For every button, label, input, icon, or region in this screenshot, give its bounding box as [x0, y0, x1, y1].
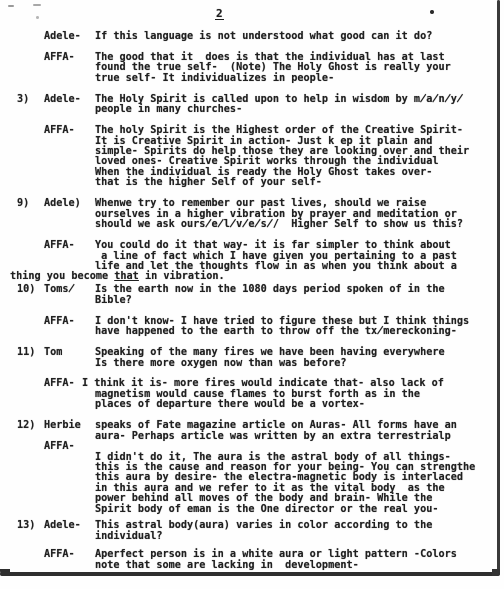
- scan-border-right: [497, 0, 500, 575]
- page-number: 2: [215, 9, 224, 20]
- entry-text: I didn't do it, The aura is the astral b…: [95, 453, 504, 516]
- transcript-content: Adele- If this language is not understoo…: [0, 32, 504, 571]
- entry-number: [0, 32, 44, 42]
- transcript-row: 10) Toms̸ Is the earth now in the 1080 d…: [0, 285, 504, 306]
- entry-text: Is the earth now in the 1080 days period…: [95, 285, 504, 306]
- entry-line: true self- It individualizes in people-: [95, 74, 504, 84]
- transcript-row: AFFA- You could do it that way- it is fa…: [0, 241, 504, 283]
- transcript-row: AFFA- I think it is- more fires would in…: [0, 379, 504, 410]
- entry-text: The holy Spirit is the Highest order of …: [95, 126, 504, 189]
- entry-number: [0, 550, 44, 571]
- entry-number: 11): [0, 348, 44, 369]
- transcript-row: 13) Adele- This astral body(aura) varies…: [0, 521, 504, 542]
- entry-text: The good that it does is that the indivi…: [95, 53, 504, 84]
- entry-text: If this language is not understood what …: [95, 32, 504, 42]
- entry-speaker: Adele): [44, 199, 95, 230]
- entry-number: [0, 126, 44, 189]
- entry-text: You could do it that way- it is far simp…: [95, 241, 504, 283]
- entry-line: The holy Spirit is the Highest order of …: [95, 126, 504, 136]
- entry-number: [0, 53, 44, 84]
- entry-number: 10): [0, 285, 44, 306]
- entry-speaker: Adele-: [44, 521, 95, 542]
- entry-line: Speaking of the many fires we have been …: [95, 348, 504, 358]
- transcript-row: AFFA- The good that it does is that the …: [0, 53, 504, 84]
- scan-speck: [8, 5, 14, 7]
- entry-number: [0, 453, 44, 516]
- entry-line: Aperfect person is in a white aura or li…: [95, 550, 504, 560]
- entry-speaker: [44, 453, 95, 516]
- scan-speck: [430, 10, 434, 14]
- entry-speaker: Toms̸: [44, 285, 95, 306]
- entry-text: The Holy Spirit is called upon to help i…: [95, 95, 504, 116]
- entry-speaker: Adele-: [44, 95, 95, 116]
- entry-line: places of departure there would be a vor…: [95, 400, 504, 410]
- transcript-row: AFFA- Aperfect person is in a white aura…: [0, 550, 504, 571]
- entry-line: If this language is not understood what …: [95, 32, 504, 42]
- transcript-row: I didn't do it, The aura is the astral b…: [0, 453, 504, 516]
- scan-speck: [36, 16, 39, 19]
- entry-line: individual?: [95, 532, 504, 542]
- entry-text: Aperfect person is in a white aura or li…: [95, 550, 504, 571]
- entry-line: people in many churches-: [95, 105, 504, 115]
- entry-line: You could do it that way- it is far simp…: [95, 241, 504, 251]
- entry-speaker: AFFA-: [44, 550, 95, 571]
- entry-line: thing you become that in vibration.: [10, 272, 504, 282]
- underlined-word: that: [114, 271, 139, 282]
- entry-text: I think it is- more fires would indicate…: [95, 379, 504, 410]
- line-segment: in vibration.: [139, 271, 225, 282]
- entry-text: speaks of Fate magazine article on Auras…: [95, 421, 504, 442]
- entry-line: should we ask ours̸e̸l̸v̸e̸s̸/ Higher Se…: [95, 220, 504, 230]
- entry-speaker: AFFA-: [44, 317, 95, 338]
- entry-speaker: Herbie: [44, 421, 95, 442]
- transcript-row: 11) Tom Speaking of the many fires we ha…: [0, 348, 504, 369]
- entry-number: 13): [0, 521, 44, 542]
- transcript-row: AFFA- The holy Spirit is the Highest ord…: [0, 126, 504, 189]
- entry-number: [0, 317, 44, 338]
- scan-corner-bottom-left: [0, 569, 10, 576]
- entry-number: [0, 379, 44, 410]
- entry-number: 9): [0, 199, 44, 230]
- entry-text: This astral body(aura) varies in color a…: [95, 521, 504, 542]
- entry-speaker: Adele-: [44, 32, 95, 42]
- entry-line: note that some are lacking in developmen…: [95, 561, 504, 571]
- entry-number: [0, 442, 44, 452]
- entry-number: 12): [0, 421, 44, 442]
- scan-speck: [33, 4, 41, 6]
- entry-text: Whenwe try to remember our past lives, s…: [95, 199, 504, 230]
- entry-line: Spirit body of eman is the One director …: [95, 505, 504, 515]
- entry-line: have happened to the earth to throw off …: [95, 327, 504, 337]
- entry-line: that is the higher Self of your self-: [95, 178, 504, 188]
- entry-line: Bible?: [95, 296, 504, 306]
- transcript-row: 3) Adele- The Holy Spirit is called upon…: [0, 95, 504, 116]
- entry-speaker: Tom: [44, 348, 95, 369]
- entry-line: aura- Perhaps article was written by an …: [95, 432, 504, 442]
- entry-speaker: AFFA-: [44, 126, 95, 189]
- scan-border-bottom: [0, 572, 500, 576]
- entry-number: 3): [0, 95, 44, 116]
- transcript-row: 9) Adele) Whenwe try to remember our pas…: [0, 199, 504, 230]
- transcript-row: AFFA- I don't know- I have tried to figu…: [0, 317, 504, 338]
- scanned-transcript-page: 2 Adele- If this language is not underst…: [0, 0, 504, 589]
- entry-speaker: AFFA-: [44, 442, 95, 452]
- transcript-row: Adele- If this language is not understoo…: [0, 32, 504, 42]
- entry-text: Speaking of the many fires we have been …: [95, 348, 504, 369]
- entry-line: Is the earth now in the 1080 days period…: [95, 285, 504, 295]
- entry-text: I don't know- I have tried to figure the…: [95, 317, 504, 338]
- entry-speaker: AFFA-: [44, 53, 95, 84]
- line-segment: thing you become: [10, 271, 114, 282]
- entry-line: Is there more oxygen now than was before…: [95, 359, 504, 369]
- transcript-row: 12) Herbie speaks of Fate magazine artic…: [0, 421, 504, 442]
